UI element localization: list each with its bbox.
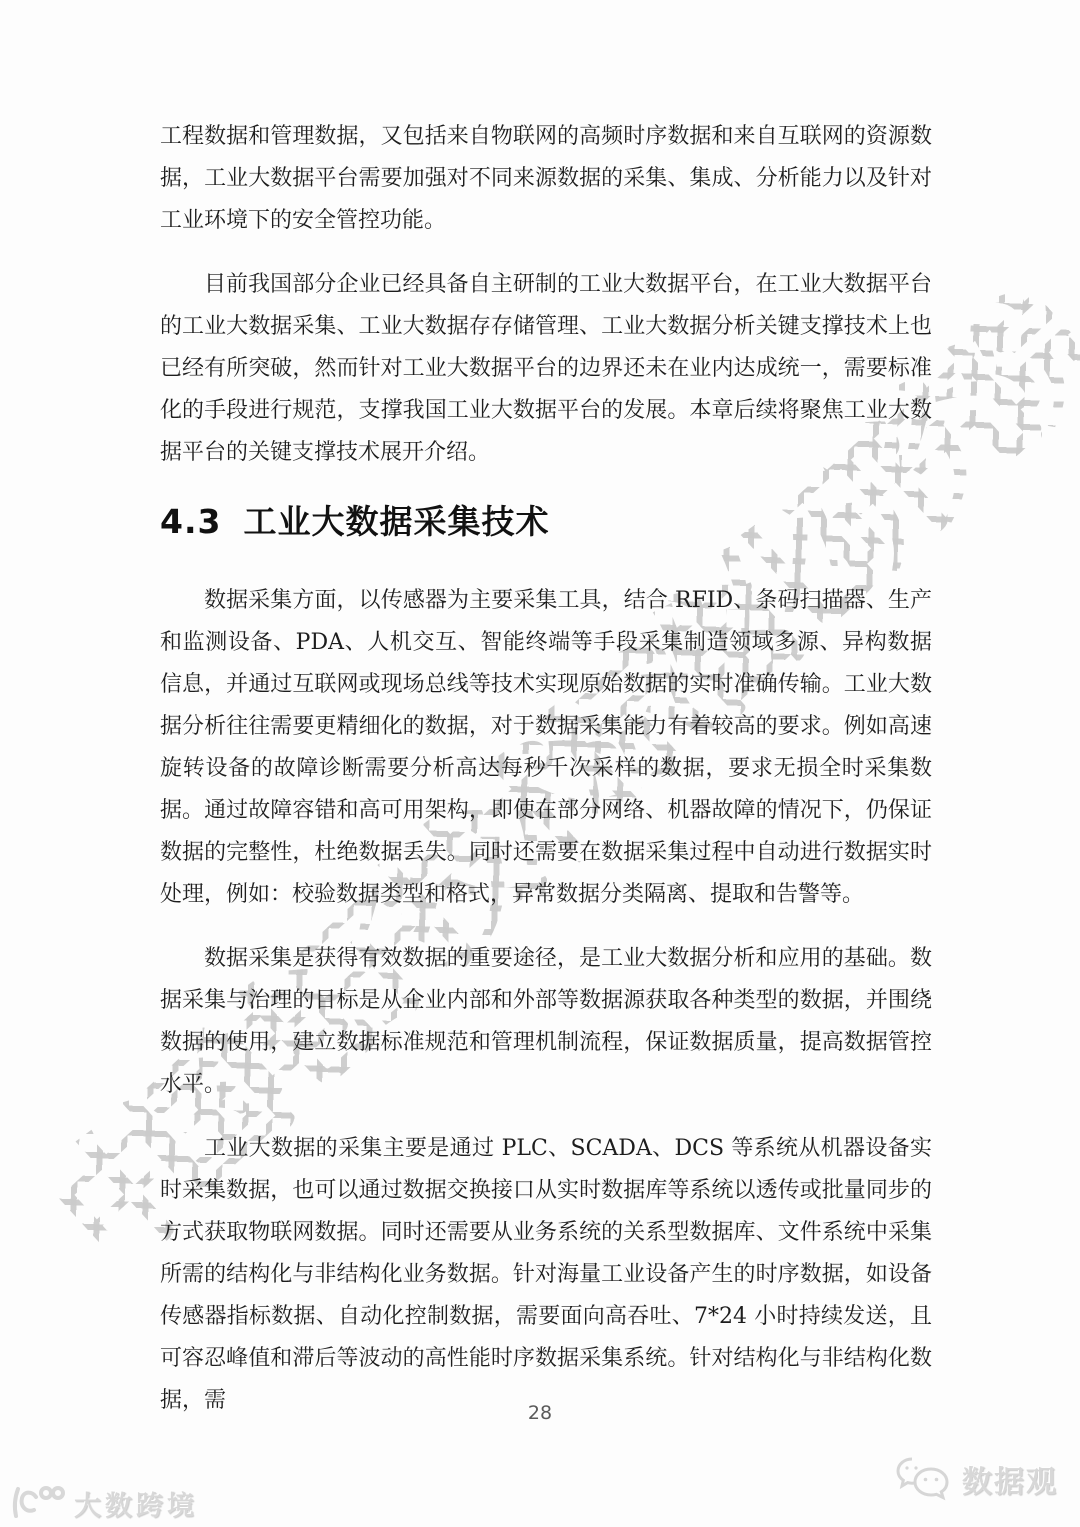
paragraph: 工业大数据的采集主要是通过 PLC、SCADA、DCS 等系统从机器设备实时采集… (160, 1128, 932, 1422)
section-heading: 4.3工业大数据采集技术 (160, 500, 932, 544)
paragraph: 目前我国部分企业已经具备自主研制的工业大数据平台，在工业大数据平台的工业大数据采… (160, 264, 932, 474)
paragraph-continuation: 工程数据和管理数据，又包括来自物联网的高频时序数据和来自互联网的资源数据，工业大… (160, 116, 932, 242)
section-number: 4.3 (160, 502, 221, 541)
section-title: 工业大数据采集技术 (243, 502, 549, 541)
paragraph: 数据采集方面，以传感器为主要采集工具，结合 RFID、条码扫描器、生产和监测设备… (160, 580, 932, 916)
page-content: 工程数据和管理数据，又包括来自物联网的高频时序数据和来自互联网的资源数据，工业大… (160, 116, 932, 1444)
shujuguan-watermark: 数据观 (894, 1456, 1058, 1502)
shujuguan-label: 数据观 (962, 1457, 1058, 1501)
dashukuajing-watermark: 大数跨境 (10, 1483, 198, 1523)
paragraph: 数据采集是获得有效数据的重要途径，是工业大数据分析和应用的基础。数据采集与治理的… (160, 938, 932, 1106)
document-page: 中国电子技术标准化研究院 工程数据和管理数据，又包括来自物联网的高频时序数据和来… (0, 0, 1080, 1527)
wechat-bubbles-icon (894, 1456, 952, 1502)
dashukuajing-logo-icon (10, 1483, 66, 1523)
dashukuajing-label: 大数跨境 (74, 1484, 198, 1523)
page-number: 28 (0, 1402, 1080, 1424)
